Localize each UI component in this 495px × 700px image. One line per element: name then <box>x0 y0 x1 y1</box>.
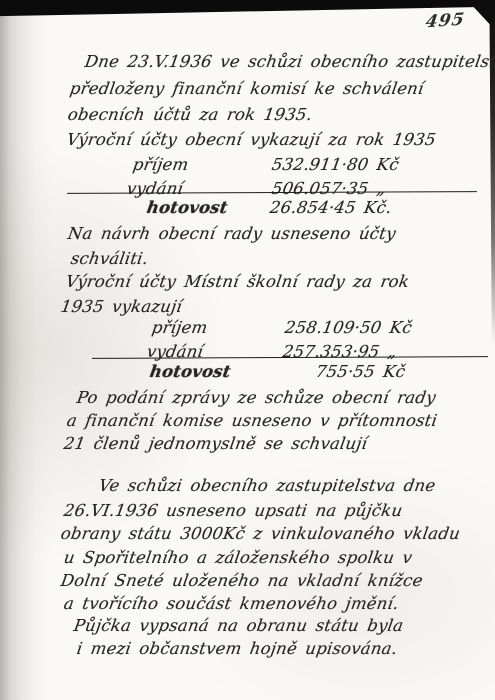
handwritten-line: Na návrh obecní rady usneseno účty <box>0 224 495 246</box>
handwritten-line: vydání257.353·95 „ <box>0 342 495 364</box>
handwritten-text: Dne 23.V.1936 ve schůzi obecního zastupi… <box>83 52 495 71</box>
handwritten-line: a finanční komise usneseno v přítomnosti <box>0 411 495 433</box>
handwritten-text: obecních účtů za rok 1935. <box>66 105 313 124</box>
handwritten-text: hotovost <box>148 362 232 381</box>
handwritten-text: Ve schůzi obecního zastupitelstva dne <box>97 476 436 495</box>
handwritten-text: obrany státu 3000Kč z vinkulovaného vkla… <box>59 524 461 543</box>
handwritten-line: 1935 vykazují <box>0 297 495 319</box>
handwritten-line: Výroční účty Místní školní rady za rok <box>0 272 495 294</box>
handwritten-text: Na návrh obecní rady usneseno účty <box>66 224 397 243</box>
handwritten-line: hotovost26.854·45 Kč. <box>0 198 495 220</box>
handwritten-text: 26.854·45 Kč. <box>268 198 393 217</box>
scanned-page: 495 Dne 23.V.1936 ve schůzi obecního zas… <box>0 0 495 700</box>
handwritten-line: Ve schůzi obecního zastupitelstva dne <box>0 476 495 498</box>
handwritten-line: obrany státu 3000Kč z vinkulovaného vkla… <box>0 524 495 546</box>
handwritten-text: Výroční účty obecní vykazují za rok 1935 <box>65 130 437 149</box>
handwritten-line: i mezi občanstvem hojně upisována. <box>0 639 495 661</box>
handwritten-line: příjem258.109·50 Kč <box>0 318 495 340</box>
handwritten-line: Dne 23.V.1936 ve schůzi obecního zastupi… <box>0 52 495 74</box>
handwritten-text: a finanční komise usneseno v přítomnosti <box>65 411 438 430</box>
handwritten-text: Dolní Sneté uloženého na vkladní knížce <box>59 571 424 590</box>
handwritten-line: u Spořitelního a záloženského spolku v <box>0 548 495 570</box>
handwritten-text: hotovost <box>145 198 229 217</box>
handwritten-text: příjem <box>150 318 208 337</box>
handwritten-text: předloženy finanční komisí ke schválení <box>68 79 425 98</box>
handwritten-text: a tvořícího součást kmenového jmění. <box>62 594 400 613</box>
handwritten-text: 755·55 Kč <box>314 362 406 381</box>
handwritten-text: Po podání zprávy ze schůze obecní rady <box>75 388 437 407</box>
handwritten-text: i mezi občanstvem hojně upisována. <box>75 639 398 658</box>
handwritten-line: Výroční účty obecní vykazují za rok 1935 <box>0 130 495 152</box>
handwritten-text: příjem <box>131 155 189 174</box>
handwritten-text: 506.057·35 „ <box>270 179 387 198</box>
handwritten-text: 26.VI.1936 usneseno upsati na půjčku <box>62 501 403 520</box>
handwritten-line: 21 členů jednomyslně se schvalují <box>0 434 495 456</box>
handwritten-text: u Spořitelního a záloženského spolku v <box>62 548 413 567</box>
handwritten-line: Po podání zprávy ze schůze obecní rady <box>0 388 495 410</box>
handwritten-line: a tvořícího součást kmenového jmění. <box>0 594 495 616</box>
handwritten-text: 258.109·50 Kč <box>283 318 413 337</box>
handwritten-line: předloženy finanční komisí ke schválení <box>0 79 495 101</box>
handwritten-text: Výroční účty Místní školní rady za rok <box>64 272 410 291</box>
handwritten-text: 1935 vykazují <box>59 297 183 316</box>
handwritten-text: vydání <box>125 179 184 198</box>
handwritten-text: 532.911·80 Kč <box>270 155 400 174</box>
handwritten-line: hotovost755·55 Kč <box>0 362 495 384</box>
handwritten-text: 257.353·95 „ <box>281 342 398 361</box>
handwritten-line: 26.VI.1936 usneseno upsati na půjčku <box>0 501 495 523</box>
handwritten-line: schváliti. <box>0 249 495 271</box>
handwritten-line: příjem532.911·80 Kč <box>0 155 495 177</box>
handwritten-line: Půjčka vypsaná na obranu státu byla <box>0 616 495 638</box>
handwritten-text: schváliti. <box>69 249 149 268</box>
handwritten-text: 21 členů jednomyslně se schvalují <box>62 434 368 453</box>
handwritten-line: Dolní Sneté uloženého na vkladní knížce <box>0 571 495 593</box>
handwriting-layer: Dne 23.V.1936 ve schůzi obecního zastupi… <box>0 0 495 700</box>
handwritten-text: Půjčka vypsaná na obranu státu byla <box>72 616 404 635</box>
handwritten-line: obecních účtů za rok 1935. <box>0 105 495 127</box>
